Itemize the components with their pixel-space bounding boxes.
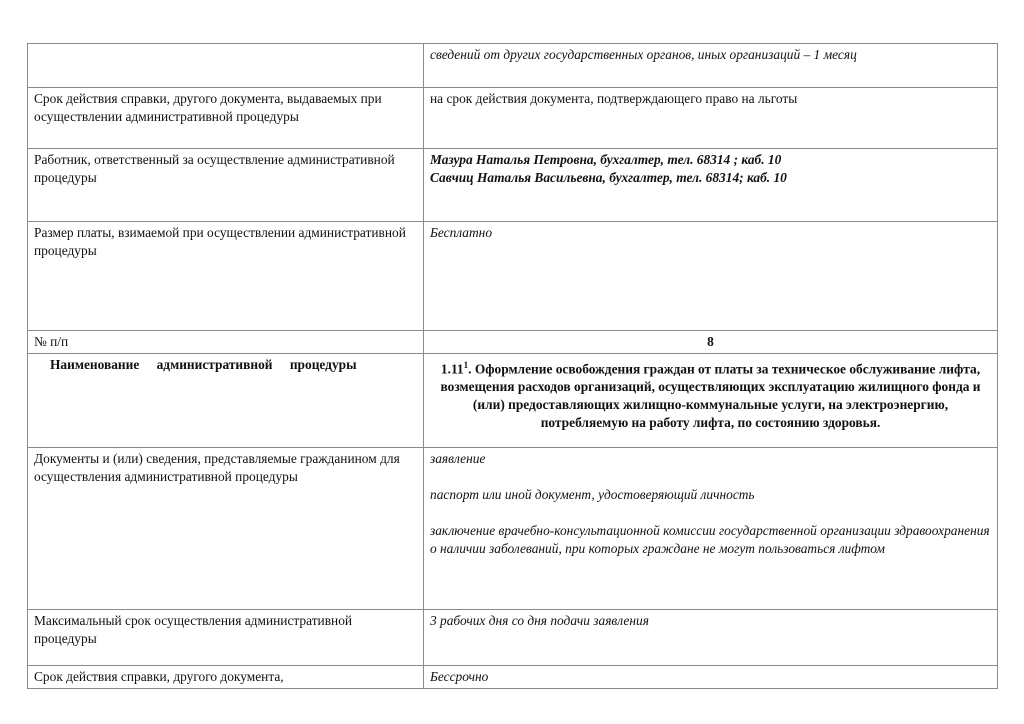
row-label: Срок действия справки, другого документа…	[28, 666, 424, 689]
table-row: Срок действия справки, другого документа…	[28, 666, 998, 689]
row-value: на срок действия документа, подтверждающ…	[424, 88, 998, 149]
row-label: Максимальный срок осуществления админист…	[28, 610, 424, 666]
row-label: Работник, ответственный за осуществление…	[28, 149, 424, 222]
table-row: сведений от других государственных орган…	[28, 44, 998, 88]
table-row: Размер платы, взимаемой при осуществлени…	[28, 222, 998, 331]
row-label	[28, 44, 424, 88]
worker-line: Мазура Наталья Петровна, бухгалтер, тел.…	[430, 151, 991, 169]
row-value: Бесплатно	[424, 222, 998, 331]
responsible-workers: Мазура Наталья Петровна, бухгалтер, тел.…	[424, 149, 998, 222]
row-label: Размер платы, взимаемой при осуществлени…	[28, 222, 424, 331]
procedure-number: 8	[424, 331, 998, 354]
table-row: Максимальный срок осуществления админист…	[28, 610, 998, 666]
row-label: Наименование административной процедуры	[28, 354, 424, 448]
row-value: сведений от других государственных орган…	[424, 44, 998, 88]
table-row: Документы и (или) сведения, представляем…	[28, 448, 998, 610]
procedure-code: 1.11	[441, 361, 464, 376]
table-row: № п/п 8	[28, 331, 998, 354]
row-label: Срок действия справки, другого документа…	[28, 88, 424, 149]
document-item: заключение врачебно-консультационной ком…	[430, 522, 991, 558]
document-item: заявление	[430, 450, 991, 468]
required-documents: заявление паспорт или иной документ, удо…	[424, 448, 998, 610]
procedure-title: 1.111. Оформление освобождения граждан о…	[424, 354, 998, 448]
row-value: Бессрочно	[424, 666, 998, 689]
row-label: Документы и (или) сведения, представляем…	[28, 448, 424, 610]
document-item: паспорт или иной документ, удостоверяющи…	[430, 486, 991, 504]
table-row: Срок действия справки, другого документа…	[28, 88, 998, 149]
table-row: Наименование административной процедуры …	[28, 354, 998, 448]
procedure-table: сведений от других государственных орган…	[27, 43, 998, 689]
procedure-title-text: . Оформление освобождения граждан от пла…	[441, 361, 981, 430]
worker-line: Савчиц Наталья Васильевна, бухгалтер, те…	[430, 169, 991, 187]
table-row: Работник, ответственный за осуществление…	[28, 149, 998, 222]
row-value: 3 рабочих дня со дня подачи заявления	[424, 610, 998, 666]
row-label: № п/п	[28, 331, 424, 354]
